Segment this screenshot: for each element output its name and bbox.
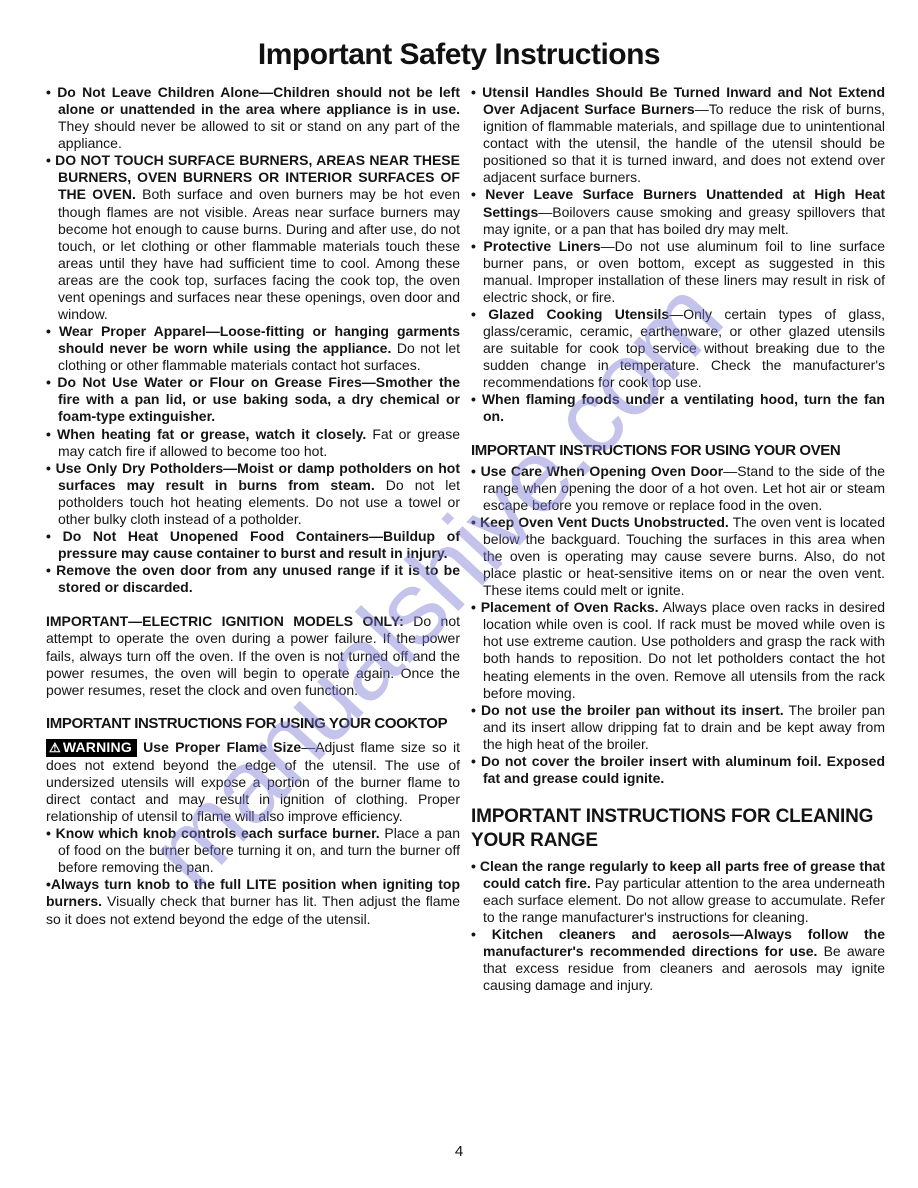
bullet-item: • Do Not Heat Unopened Food Containers—B… (46, 528, 460, 562)
bullet-item: •Always turn knob to the full LITE posit… (46, 876, 460, 927)
warning-paragraph: ⚠WARNING Use Proper Flame Size—Adjust fl… (46, 739, 460, 825)
text-bold: Do Not Leave Children Alone—Children sho… (57, 84, 460, 117)
page-title: Important Safety Instructions (0, 0, 918, 72)
bullet-item: • Placement of Oven Racks. Always place … (471, 599, 885, 701)
text-bold: Protective Liners (483, 238, 600, 254)
bullet-marker: • (46, 152, 55, 168)
bullet-marker: • (471, 186, 485, 202)
section-heading: IMPORTANT INSTRUCTIONS FOR USING YOUR CO… (46, 715, 460, 733)
bullet-marker: • (46, 84, 57, 100)
bullet-marker: • (46, 374, 57, 390)
bullet-marker: • (471, 599, 481, 615)
bullet-marker: • (471, 463, 481, 479)
bullet-item: • When heating fat or grease, watch it c… (46, 426, 460, 460)
section-heading: IMPORTANT INSTRUCTIONS FOR USING YOUR OV… (471, 442, 885, 460)
bullet-item: • Keep Oven Vent Ducts Unobstructed. The… (471, 514, 885, 599)
text-bold: Do Not Use Water or Flour on Grease Fire… (57, 374, 460, 424)
bullet-marker: • (46, 825, 56, 841)
bullet-marker: • (471, 753, 481, 769)
bullet-marker: • (471, 702, 481, 718)
text-bold: Placement of Oven Racks. (481, 599, 659, 615)
warning-triangle-icon: ⚠ (49, 740, 61, 755)
bullet-marker: • (46, 562, 56, 578)
bullet-item: • Wear Proper Apparel—Loose-fitting or h… (46, 323, 460, 374)
text-bold: IMPORTANT INSTRUCTIONS FOR USING YOUR OV… (471, 442, 840, 459)
bullet-item: • Utensil Handles Should Be Turned Inwar… (471, 84, 885, 186)
bullet-marker: • (46, 460, 56, 476)
text-bold: Remove the oven door from any unused ran… (56, 562, 460, 595)
bullet-marker: • (46, 323, 59, 339)
text-regular: They should never be allowed to sit or s… (58, 118, 460, 151)
bullet-item: • Do Not Use Water or Flour on Grease Fi… (46, 374, 460, 425)
text-bold: Keep Oven Vent Ducts Unobstructed. (480, 514, 729, 530)
bullet-marker: • (471, 391, 482, 407)
bullet-marker: • (471, 858, 480, 874)
bullet-marker: • (471, 514, 480, 530)
column-left: • Do Not Leave Children Alone—Children s… (46, 84, 460, 994)
bullet-marker: • (471, 84, 482, 100)
bullet-item: • Do not use the broiler pan without its… (471, 702, 885, 753)
bullet-item: • Kitchen cleaners and aerosols—Always f… (471, 926, 885, 994)
bullet-item: • Know which knob controls each surface … (46, 825, 460, 876)
warning-badge-label: WARNING (63, 739, 132, 755)
text-bold: IMPORTANT INSTRUCTIONS FOR CLEANING YOUR… (471, 806, 873, 851)
bullet-marker: • (471, 306, 488, 322)
bullet-item: • Do Not Leave Children Alone—Children s… (46, 84, 460, 152)
column-right: • Utensil Handles Should Be Turned Inwar… (471, 84, 885, 994)
bullet-item: • DO NOT TOUCH SURFACE BURNERS, AREAS NE… (46, 152, 460, 323)
bullet-item: • Clean the range regularly to keep all … (471, 858, 885, 926)
text-regular: Visually check that burner has lit. Then… (46, 893, 460, 926)
manual-page: Important Safety Instructions • Do Not L… (0, 0, 918, 1188)
bullet-item: • Do not cover the broiler insert with a… (471, 753, 885, 787)
bullet-item: • Use Only Dry Potholders—Moist or damp … (46, 460, 460, 528)
page-number: 4 (0, 1143, 918, 1160)
section-heading: IMPORTANT INSTRUCTIONS FOR CLEANING YOUR… (471, 805, 885, 853)
bullet-item: • When flaming foods under a ventilating… (471, 391, 885, 425)
text-bold: When flaming foods under a ventilating h… (482, 391, 885, 424)
bullet-marker: • (471, 926, 492, 942)
text-bold: Glazed Cooking Utensils (488, 306, 669, 322)
bullet-item: • Protective Liners—Do not use aluminum … (471, 238, 885, 306)
text-bold: Do not use the broiler pan without its i… (481, 702, 784, 718)
text-regular: —Boilovers cause smoking and greasy spil… (483, 204, 885, 237)
text-bold: IMPORTANT—ELECTRIC IGNITION MODELS ONLY: (46, 613, 404, 629)
two-column-content: • Do Not Leave Children Alone—Children s… (0, 72, 918, 994)
text-bold: Use Proper Flame Size (137, 739, 301, 755)
text-bold: Use Care When Opening Oven Door (481, 463, 724, 479)
text-bold: Do Not Heat Unopened Food Containers—Bui… (58, 528, 460, 561)
warning-badge: ⚠WARNING (46, 739, 137, 757)
bullet-marker: • (46, 528, 63, 544)
bullet-marker: • (46, 426, 57, 442)
bullet-item: • Never Leave Surface Burners Unattended… (471, 186, 885, 237)
text-bold: Do not cover the broiler insert with alu… (481, 753, 885, 786)
text-bold: Know which knob controls each surface bu… (56, 825, 380, 841)
bullet-item: • Remove the oven door from any unused r… (46, 562, 460, 596)
bullet-item: • Use Care When Opening Oven Door—Stand … (471, 463, 885, 514)
text-bold: When heating fat or grease, watch it clo… (57, 426, 366, 442)
bullet-item: • Glazed Cooking Utensils—Only certain t… (471, 306, 885, 391)
bullet-marker: • (471, 238, 483, 254)
text-bold: IMPORTANT INSTRUCTIONS FOR USING YOUR CO… (46, 715, 447, 732)
text-regular: Both surface and oven burners may be hot… (58, 186, 460, 322)
paragraph: IMPORTANT—ELECTRIC IGNITION MODELS ONLY:… (46, 613, 460, 698)
